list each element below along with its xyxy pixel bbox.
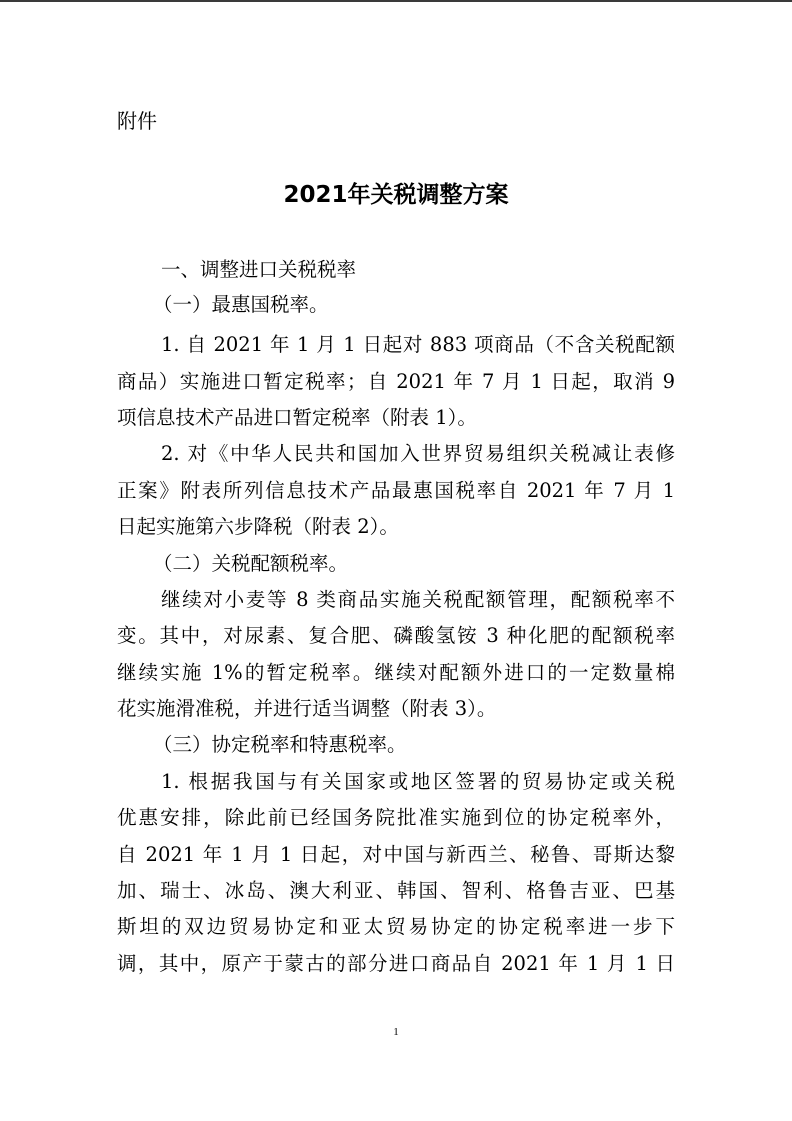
paragraph-line: 斯坦的双边贸易协定和亚太贸易协定的协定税率进一步下 [117, 913, 675, 941]
attachment-label: 附件 [117, 108, 157, 134]
subsection-heading-1: （一）最惠国税率。 [153, 291, 329, 319]
subsection-heading-2: （二）关税配额税率。 [153, 550, 348, 578]
paragraph-line: 变。其中，对尿素、复合肥、磷酸氢铵 3 种化肥的配额税率 [117, 622, 675, 650]
paragraph-line: 继续实施 1%的暂定税率。继续对配额外进口的一定数量棉 [117, 659, 675, 687]
paragraph-line: 优惠安排，除此前已经国务院批准实施到位的协定税率外， [117, 804, 675, 832]
page-top-border [0, 0, 792, 2]
paragraph-line: 1. 自 2021 年 1 月 1 日起对 883 项商品（不含关税配额 [161, 331, 675, 359]
paragraph-line: 项信息技术产品进口暂定税率（附表 1）。 [117, 404, 675, 432]
paragraph-line: 继续对小麦等 8 类商品实施关税配额管理，配额税率不 [161, 586, 675, 614]
paragraph-line: 调，其中，原产于蒙古的部分进口商品自 2021 年 1 月 1 日 [117, 950, 675, 978]
paragraph-line: 自 2021 年 1 月 1 日起，对中国与新西兰、秘鲁、哥斯达黎 [117, 841, 675, 869]
subsection-heading-3: （三）协定税率和特惠税率。 [153, 731, 407, 759]
paragraph-line: 2. 对《中华人民共和国加入世界贸易组织关税减让表修 [161, 440, 675, 468]
paragraph-line: 加、瑞士、冰岛、澳大利亚、韩国、智利、格鲁吉亚、巴基 [117, 877, 675, 905]
paragraph-line: 日起实施第六步降税（附表 2）。 [117, 513, 675, 541]
section-heading-1: 一、调整进口关税税率 [161, 256, 356, 284]
paragraph-line: 正案》附表所列信息技术产品最惠国税率自 2021 年 7 月 1 [117, 477, 675, 505]
paragraph-line: 商品）实施进口暂定税率；自 2021 年 7 月 1 日起，取消 9 [117, 368, 675, 396]
page-number: 1 [0, 1026, 792, 1038]
paragraph-line: 花实施滑准税，并进行适当调整（附表 3）。 [117, 695, 675, 723]
document-title: 2021年关税调整方案 [0, 180, 792, 210]
paragraph-line: 1. 根据我国与有关国家或地区签署的贸易协定或关税 [161, 768, 675, 796]
